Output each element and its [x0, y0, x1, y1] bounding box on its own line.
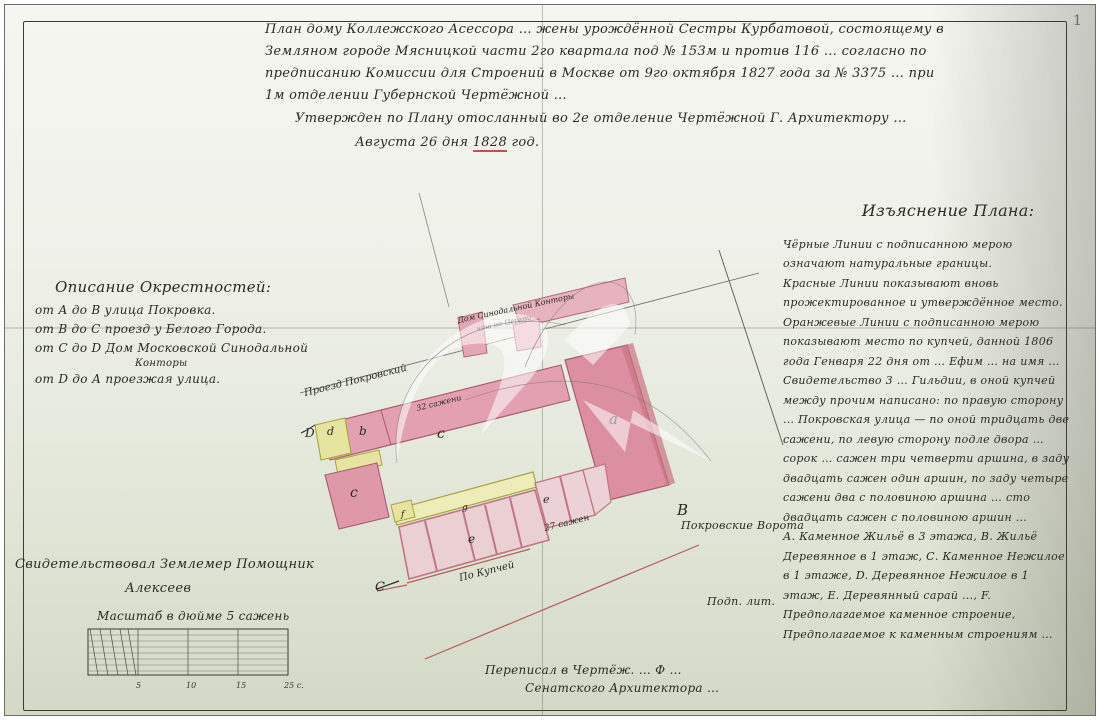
- title-line: Земляном городе Мясницкой части 2го квар…: [265, 41, 944, 63]
- explanation-abbreviations: А. Каменное Жильё в 3 этажа, В. Жильё Де…: [783, 527, 1073, 644]
- legend-row: от А до В улица Покровка.: [35, 301, 308, 320]
- corner-letter-b: В: [677, 501, 688, 519]
- plan-explanation: Изъяснение Плана: Чёрные Линии с подписа…: [783, 201, 1073, 644]
- approval-date: Августа 26 дня 1828 год.: [295, 131, 907, 155]
- explanation-paragraph: Оранжевые Линии с подписанною мерою пока…: [783, 313, 1073, 528]
- copyist-line: Переписал в Чертёж. … Ф …: [485, 661, 719, 679]
- svg-text:d: d: [327, 425, 334, 438]
- scale-title: Масштаб в дюйме 5 сажень: [97, 609, 289, 623]
- legend-row: от D до А проезжая улица.: [35, 370, 308, 389]
- approval-year: 1828: [473, 135, 507, 152]
- legend-subnote: Конторы: [35, 358, 308, 370]
- title-line: предписанию Комиссии для Строений в Моск…: [265, 63, 944, 85]
- image-frame: Проезд Покровский Дом Синодальной Контор…: [0, 0, 1100, 725]
- explanation-heading: Изъяснение Плана:: [823, 201, 1073, 221]
- title-line: 1м отделении Губернской Чертёжной …: [265, 85, 944, 107]
- paper-sheet: Проезд Покровский Дом Синодальной Контор…: [4, 4, 1096, 716]
- abbreviation-prefix: Подп. лит.: [707, 595, 775, 608]
- surroundings-legend: Описание Окрестностей: от А до В улица П…: [35, 278, 308, 389]
- title-line: План дому Коллежского Асессора … жены ур…: [265, 19, 944, 41]
- copyist-line: Сенатского Архитектора …: [485, 679, 719, 697]
- copyist-signature: Переписал в Чертёж. … Ф … Сенатского Арх…: [485, 661, 719, 697]
- explanation-paragraph: Красные Линии показывают вновь прожектир…: [783, 274, 1073, 313]
- svg-text:e: e: [543, 493, 550, 506]
- legend-heading: Описание Окрестностей:: [55, 278, 308, 297]
- svg-text:e: e: [468, 532, 475, 546]
- svg-text:c: c: [437, 426, 445, 442]
- svg-text:C: C: [375, 580, 385, 595]
- page-number: 1: [1073, 13, 1082, 29]
- explanation-paragraph: Чёрные Линии с подписанною мерою означаю…: [783, 235, 1073, 274]
- legend-row: от В до С проезд у Белого Города.: [35, 320, 308, 339]
- surveyor-signature: Свидетельствовал Землемер Помощник Алекс…: [15, 553, 314, 601]
- svg-text:b: b: [359, 424, 367, 438]
- approval-date-text: Августа 26 дня: [355, 135, 473, 150]
- svg-text:c: c: [350, 485, 358, 501]
- legend-row: от С до D Дом Московской Синодальной: [35, 339, 308, 358]
- scale-tick: 15: [236, 681, 246, 690]
- svg-text:Проезд Покровский: Проезд Покровский: [302, 363, 408, 399]
- approval-date-suffix: год.: [507, 135, 539, 150]
- signature-line: Свидетельствовал Землемер Помощник: [15, 553, 314, 577]
- approval-line: Утвержден по Плану отосланный во 2е отде…: [295, 107, 907, 131]
- scale-tick: 10: [186, 681, 196, 690]
- signature-name: Алексеев: [15, 577, 314, 601]
- svg-text:g: g: [462, 503, 468, 513]
- svg-text:D: D: [304, 426, 315, 440]
- gate-label: Покровские Ворота: [681, 519, 804, 532]
- scale-bar: [88, 629, 288, 675]
- scale-tick: 25 с.: [284, 681, 304, 690]
- title-block: План дому Коллежского Асессора … жены ур…: [265, 19, 944, 107]
- approval-note: Утвержден по Плану отосланный во 2е отде…: [295, 107, 907, 155]
- scale-tick: 5: [136, 681, 141, 690]
